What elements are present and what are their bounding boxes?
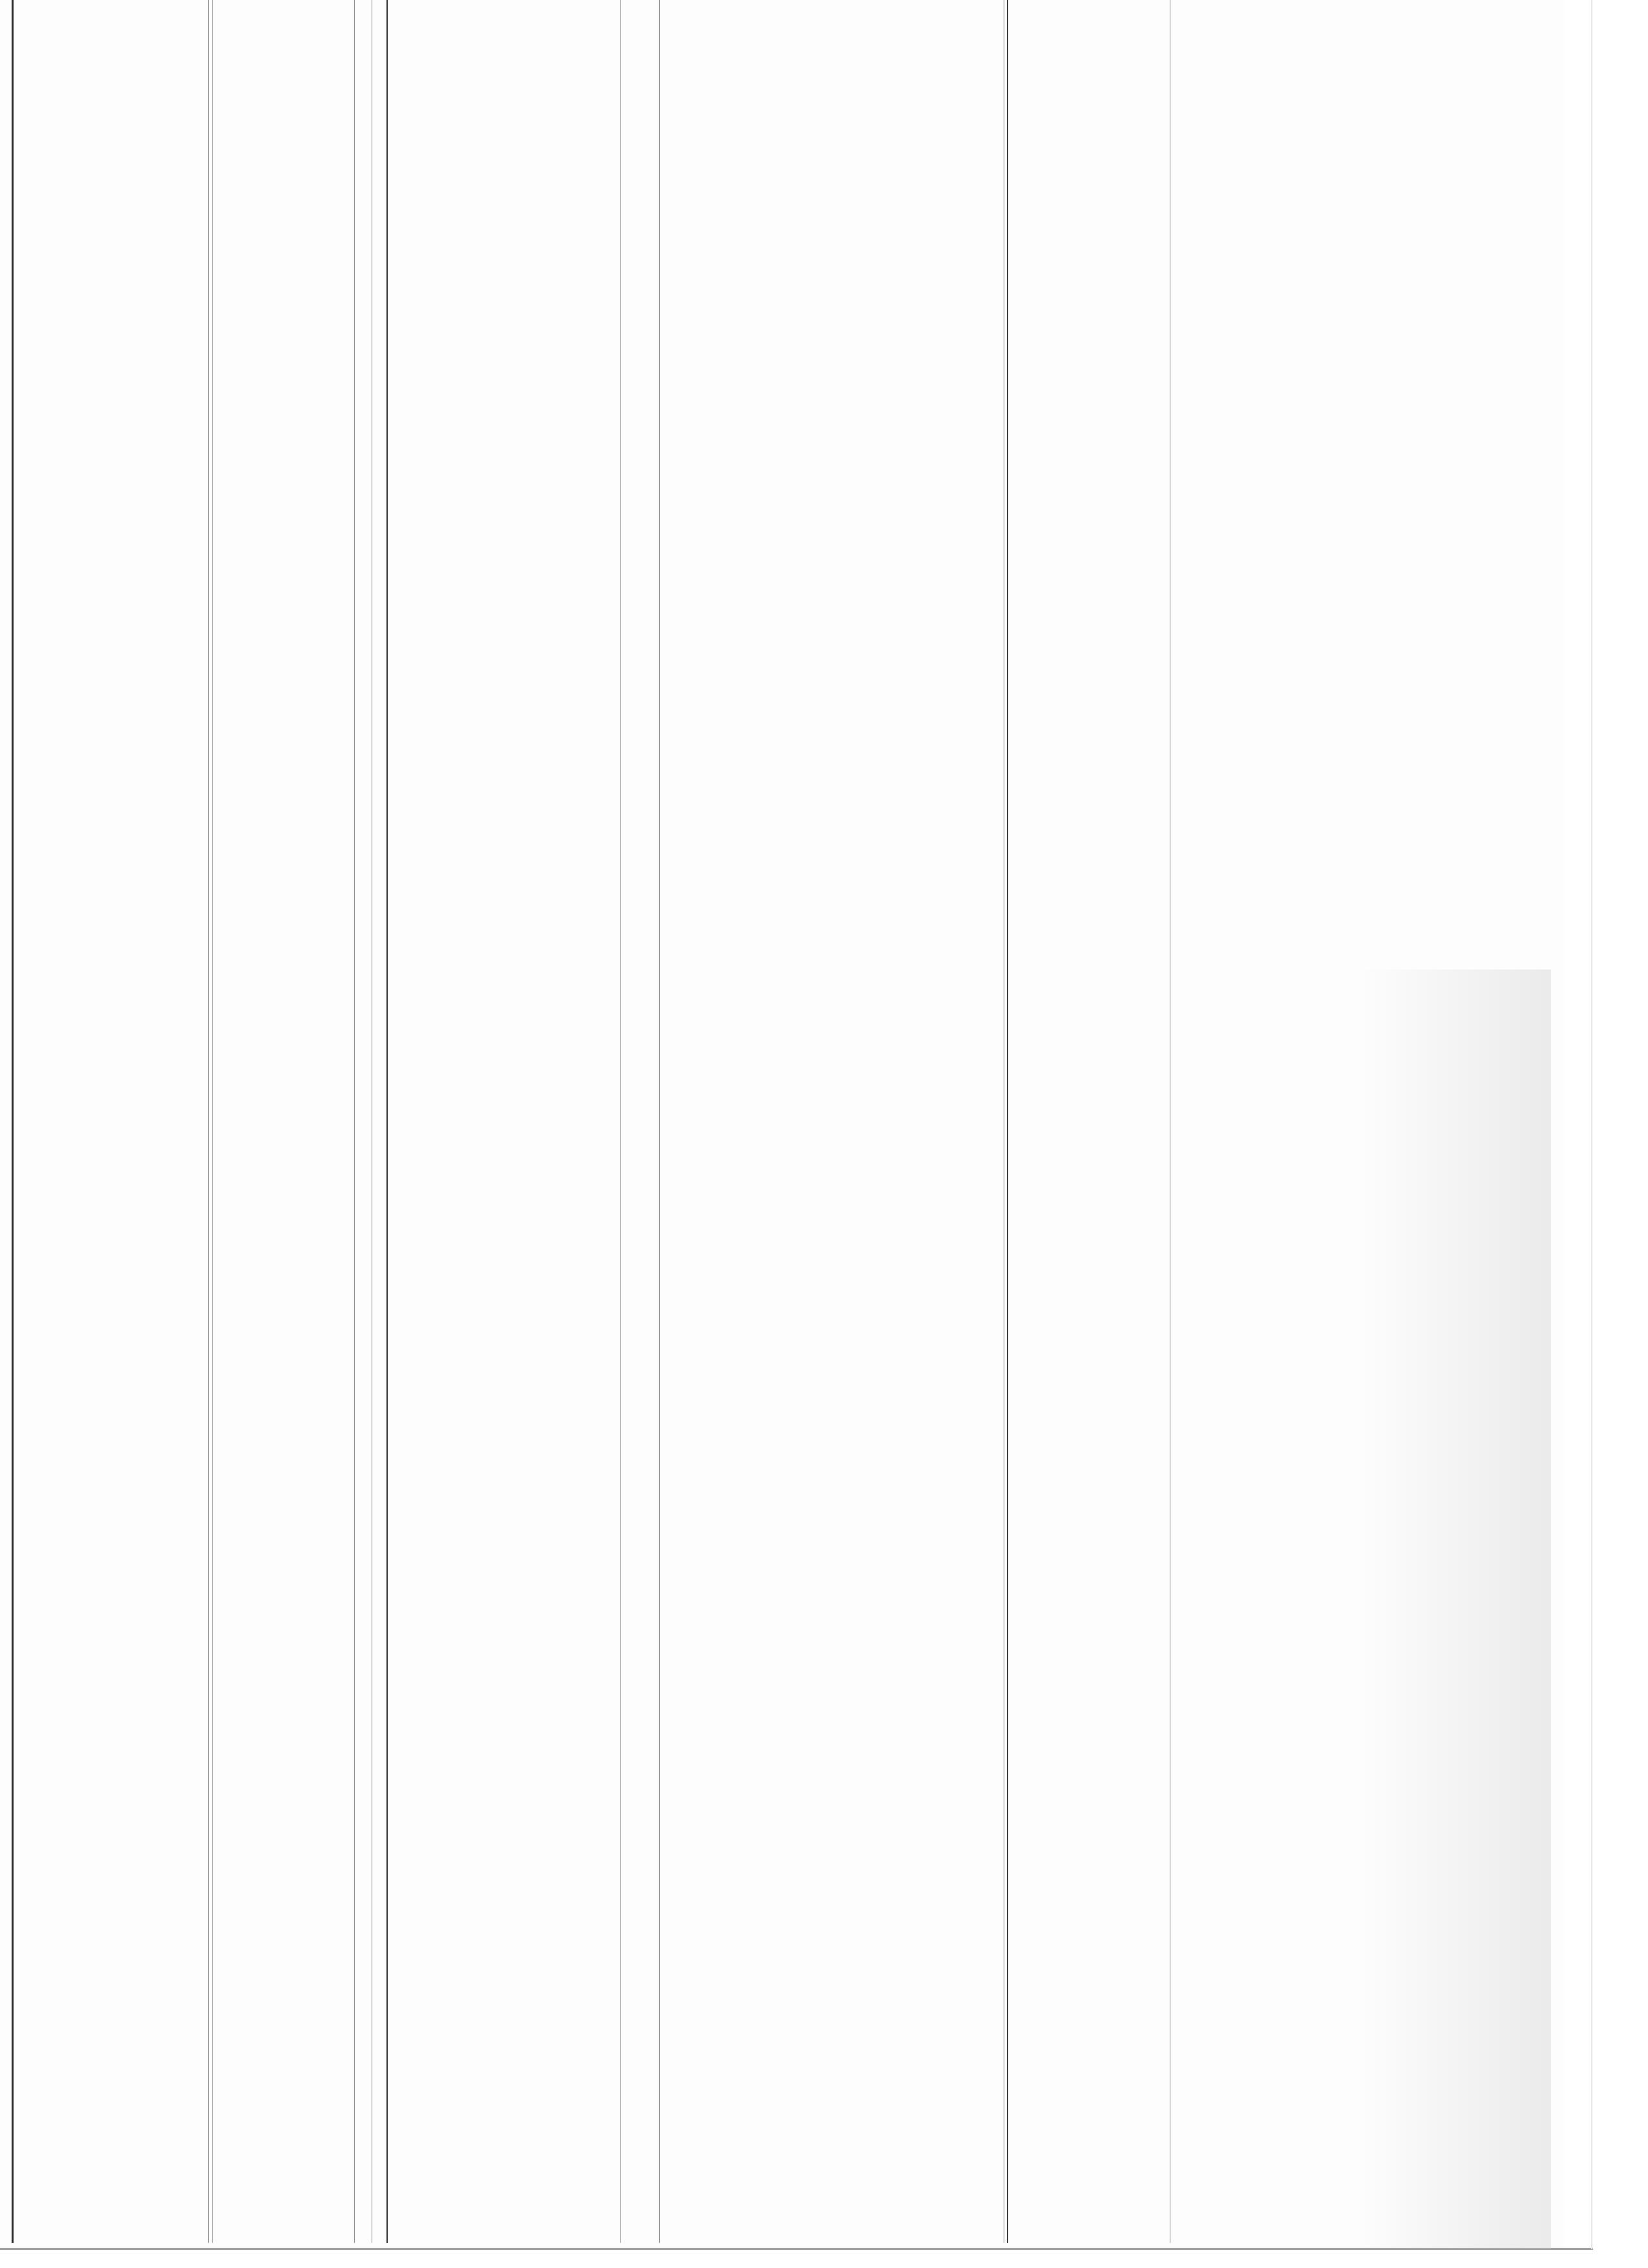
column-rule-right [1007,0,1008,2243]
column-rule-left [12,0,14,2243]
page-right-edge [1591,0,1592,2249]
fold-line-3 [372,0,372,2243]
column-rule-left-double [208,0,209,2243]
page-bottom-edge [0,2248,1593,2250]
newspaper-page [0,0,1564,2249]
column-rule-middle [386,0,388,2243]
fold-line-5 [659,0,660,2243]
fold-line-1 [354,0,355,2243]
scan-shading [1357,970,1551,2249]
fold-line-6 [1170,0,1170,2243]
column-rule-right-edge [1004,0,1004,2243]
fold-line-4 [620,0,621,2243]
column-rule-left-double-2 [212,0,213,2243]
